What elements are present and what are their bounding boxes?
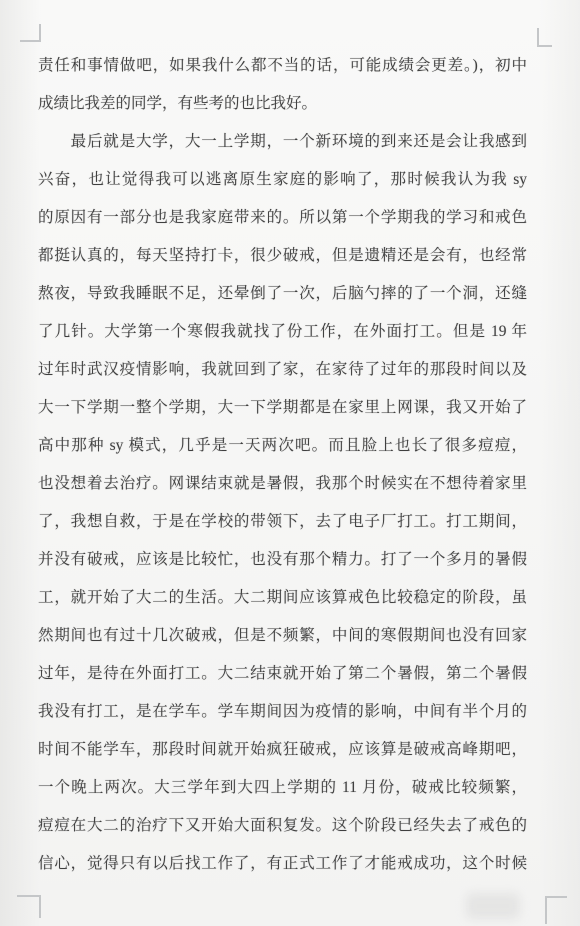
crop-mark-top-left	[20, 24, 41, 42]
text-line: 最后就是大学，大一上学期，一个新环境的到来还是会让我感到	[38, 123, 527, 161]
text-line: 了几针。大学第一个寒假我就找了份工作，在外面打工。但是 19 年	[38, 313, 527, 351]
text-line: 并没有破戒，应该是比较忙，也没有那个精力。打了一个多月的暑假	[38, 541, 527, 579]
text-line: 过年时武汉疫情影响，我就回到了家，在家待了过年的那段时间以及	[38, 351, 527, 389]
text-line: 了，我想自救，于是在学校的带领下，去了电子厂打工。打工期间，	[38, 503, 527, 541]
text-line: 痘痘在大二的治疗下又开始大面积复发。这个阶段已经失去了戒色的	[38, 807, 527, 845]
text-line: 责任和事情做吧，如果我什么都不当的话，可能成绩会更差。)，初中	[38, 47, 527, 85]
text-line: 熬夜，导致我睡眠不足，还晕倒了一次，后脑勺摔的了一个洞，还缝	[38, 275, 527, 313]
text-line: 工，就开始了大二的生活。大二期间应该算戒色比较稳定的阶段，虽	[38, 579, 527, 617]
text-line: 的原因有一部分也是我家庭带来的。所以第一个学期我的学习和戒色	[38, 199, 527, 237]
text-line: 过年，是待在外面打工。大二结束就开始了第二个暑假，第二个暑假	[38, 655, 527, 693]
text-line: 大一下学期一整个学期，大一下学期都是在家里上网课，我又开始了	[38, 389, 527, 427]
text-line: 高中那种 sy 模式，几乎是一天两次吧。而且脸上也长了很多痘痘，	[38, 427, 527, 465]
crop-mark-top-right	[537, 28, 552, 47]
faint-watermark	[466, 893, 520, 919]
crop-mark-bottom-left	[17, 895, 41, 918]
text-line: 都挺认真的，每天坚持打卡，很少破戒，但是遗精还是会有，也经常	[38, 237, 527, 275]
document-page: 责任和事情做吧，如果我什么都不当的话，可能成绩会更差。)，初中成绩比我差的同学，…	[0, 0, 580, 926]
text-line: 我没有打工，是在学车。学车期间因为疫情的影响，中间有半个月的	[38, 693, 527, 731]
text-line: 信心，觉得只有以后找工作了，有正式工作了才能戒成功，这个时候	[38, 845, 527, 883]
text-line: 成绩比我差的同学，有些考的也比我好。	[38, 85, 527, 123]
text-line: 一个晚上两次。大三学年到大四上学期的 11 月份，破戒比较频繁，	[38, 769, 527, 807]
essay-text: 责任和事情做吧，如果我什么都不当的话，可能成绩会更差。)，初中成绩比我差的同学，…	[38, 47, 527, 883]
crop-mark-bottom-right	[545, 896, 567, 924]
text-line: 也没想着去治疗。网课结束就是暑假，我那个时候实在不想待着家里	[38, 465, 527, 503]
text-line: 兴奋，也让觉得我可以逃离原生家庭的影响了，那时候我认为我 sy	[38, 161, 527, 199]
text-line: 然期间也有过十几次破戒，但是不频繁，中间的寒假期间也没有回家	[38, 617, 527, 655]
text-line: 时间不能学车，那段时间就开始疯狂破戒，应该算是破戒高峰期吧，	[38, 731, 527, 769]
